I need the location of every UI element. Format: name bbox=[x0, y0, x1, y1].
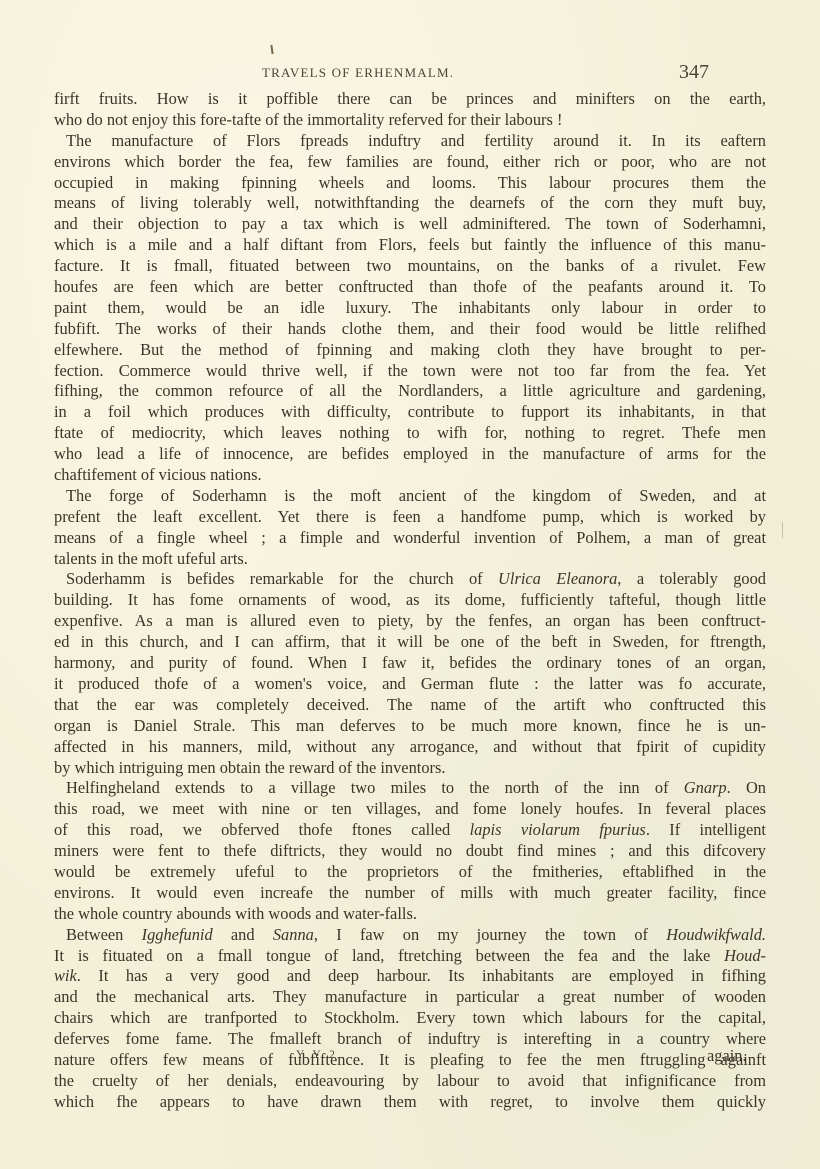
italic-term: Houdwikfwald. bbox=[666, 925, 766, 944]
page-number: 347 bbox=[679, 61, 709, 84]
text-line: harmony, and purity of found. When I faw… bbox=[54, 653, 766, 674]
ink-mark-icon bbox=[270, 45, 273, 54]
text-line: talents in the moft ufeful arts. bbox=[54, 549, 766, 570]
text-line: affected in his manners, mild, without a… bbox=[54, 737, 766, 758]
text-line: The forge of Soderhamn is the moft ancie… bbox=[54, 486, 766, 507]
italic-term: Houd- bbox=[724, 946, 766, 965]
text-line: organ is Daniel Strale. This man deferve… bbox=[54, 716, 766, 737]
text-line: miners were fent to thefe diftricts, the… bbox=[54, 841, 766, 862]
text-line: who lead a life of innocence, are befide… bbox=[54, 444, 766, 465]
text-line: it produced thofe of a women's voice, an… bbox=[54, 674, 766, 695]
text-line: by which intriguing men obtain the rewar… bbox=[54, 758, 766, 779]
italic-term: Ulrica Eleanora bbox=[498, 569, 617, 588]
text-line: expenfive. As a man is allured even to p… bbox=[54, 611, 766, 632]
text-line: fifhing, the common refource of all the … bbox=[54, 381, 766, 402]
text-line: The manufacture of Flors fpreads induftr… bbox=[54, 131, 766, 152]
text-line: Helfingheland extends to a village two m… bbox=[54, 778, 766, 799]
text-line: Between Igghefunid and Sanna, I faw on m… bbox=[54, 925, 766, 946]
text-line: It is fituated on a fmall tongue of land… bbox=[54, 946, 766, 967]
text-line: the whole country abounds with woods and… bbox=[54, 904, 766, 925]
text-line: elfewhere. But the method of fpinning an… bbox=[54, 340, 766, 361]
text-line: paint them, would be an idle luxury. The… bbox=[54, 298, 766, 319]
catchword: again. bbox=[707, 1046, 747, 1066]
margin-mark-icon bbox=[782, 522, 783, 538]
text-line: in a foil which produces with difficulty… bbox=[54, 402, 766, 423]
text-line: houfes are feen which are better conftru… bbox=[54, 277, 766, 298]
text-line: ed in this church, and I can affirm, tha… bbox=[54, 632, 766, 653]
text-line: the cruelty of her denials, endeavouring… bbox=[54, 1071, 766, 1092]
running-head: TRAVELS OF ERHENMALM. 347 bbox=[0, 63, 820, 87]
italic-term: Gnarp bbox=[684, 778, 727, 797]
text-line: chaftifement of vicious nations. bbox=[54, 465, 766, 486]
text-line: deferves fome fame. The fmalleft branch … bbox=[54, 1029, 766, 1050]
text-line: means of living tolerably well, notwithf… bbox=[54, 193, 766, 214]
text-line: prefent the leaft excellent. Yet there i… bbox=[54, 507, 766, 528]
book-page: TRAVELS OF ERHENMALM. 347 firft fruits. … bbox=[0, 0, 820, 1169]
text-line: would be extremely ufeful to the proprie… bbox=[54, 862, 766, 883]
text-line: fection. Commerce would thrive well, if … bbox=[54, 361, 766, 382]
italic-term: Sanna bbox=[273, 925, 314, 944]
text-line: and their objection to pay a tax which i… bbox=[54, 214, 766, 235]
text-line: means of a fingle wheel ; a fimple and w… bbox=[54, 528, 766, 549]
text-line: building. It has fome ornaments of wood,… bbox=[54, 590, 766, 611]
italic-term: Igghefunid bbox=[142, 925, 213, 944]
italic-term: wik bbox=[54, 966, 77, 985]
text-line: of this road, we obferved thofe ftones c… bbox=[54, 820, 766, 841]
text-line: Soderhamm is befides remarkable for the … bbox=[54, 569, 766, 590]
text-line: facture. It is fmall, fituated between t… bbox=[54, 256, 766, 277]
text-line: which is a mile and a half diftant from … bbox=[54, 235, 766, 256]
text-line: and the mechanical arts. They manufactur… bbox=[54, 987, 766, 1008]
text-line: environs. It would even increafe the num… bbox=[54, 883, 766, 904]
text-line: occupied in making fpinning wheels and l… bbox=[54, 173, 766, 194]
text-line: that the ear was completely deceived. Th… bbox=[54, 695, 766, 716]
signature-mark: Y Y 2 bbox=[296, 1049, 338, 1061]
text-line: which fhe appears to have drawn them wit… bbox=[54, 1092, 766, 1113]
text-line: firft fruits. How is it poffible there c… bbox=[54, 89, 766, 110]
text-line: this road, we meet with nine or ten vill… bbox=[54, 799, 766, 820]
text-line: who do not enjoy this fore-tafte of the … bbox=[54, 110, 766, 131]
page-footer: Y Y 2 again. bbox=[0, 1049, 820, 1069]
italic-term: lapis violarum fpurius bbox=[470, 820, 646, 839]
text-line: wik. It has a very good and deep harbour… bbox=[54, 966, 766, 987]
running-title: TRAVELS OF ERHENMALM. bbox=[262, 65, 454, 81]
text-line: fubfift. The works of their hands clothe… bbox=[54, 319, 766, 340]
text-line: ftate of mediocrity, which leaves nothin… bbox=[54, 423, 766, 444]
text-line: chairs which are tranfported to Stockhol… bbox=[54, 1008, 766, 1029]
body-text: firft fruits. How is it poffible there c… bbox=[54, 89, 766, 1113]
text-line: environs which border the fea, few famil… bbox=[54, 152, 766, 173]
